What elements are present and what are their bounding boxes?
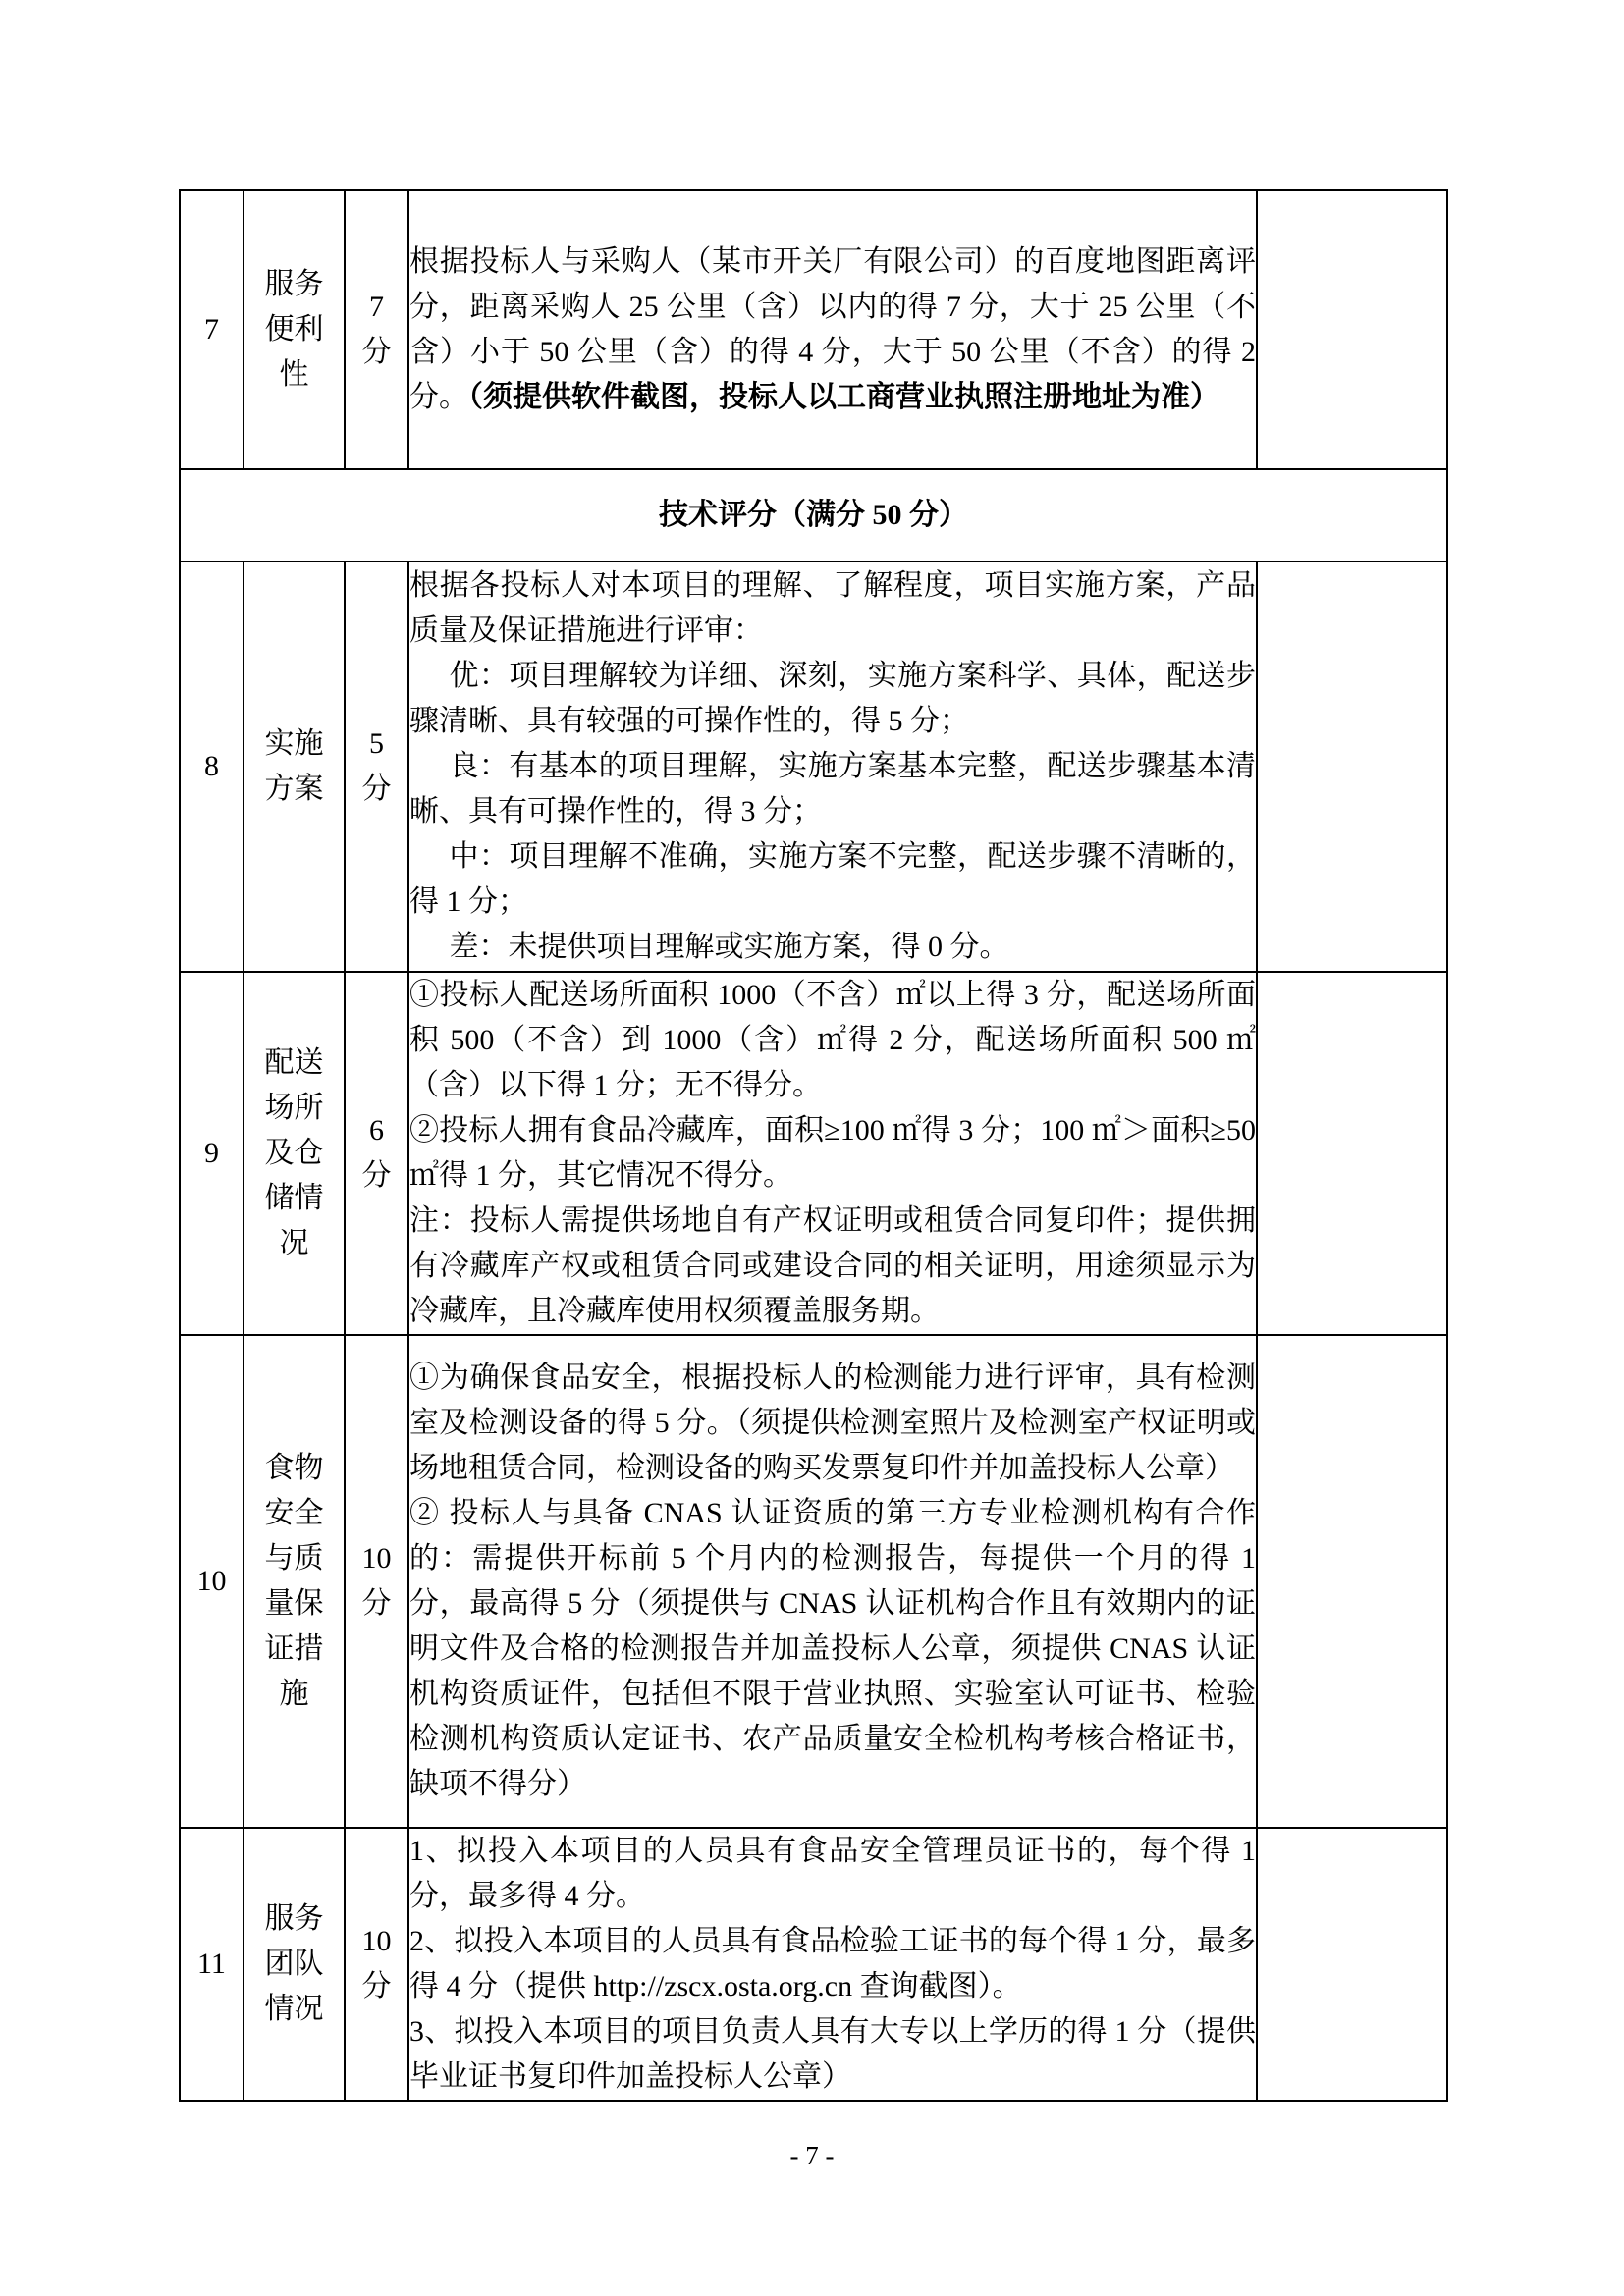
score-value: 6 [346,1108,407,1153]
row-number-cell: 7 [180,190,244,469]
item-name: 服务团队情况 [265,1896,324,2032]
criteria-paragraph: 优：项目理解较为详细、深刻，实施方案科学、具体，配送步骤清晰、具有较强的可操作性… [409,654,1256,744]
item-name: 食物安全与质量保证措施 [265,1446,324,1717]
criteria-paragraph: 差：未提供项目理解或实施方案，得 0 分。 [409,925,1256,970]
document-page: 7 服务便利性 7 分 根据投标人与采购人（某市开关厂有限公司）的百度地图距离评… [0,0,1624,2296]
table-row: 8 实施方案 5 分 根据各投标人对本项目的理解、了解程度，项目实施方案，产品质… [180,561,1447,972]
row-number: 11 [197,1948,226,1980]
row-number: 7 [204,313,219,346]
item-name-cell: 实施方案 [244,561,345,972]
criteria-paragraph: 根据各投标人对本项目的理解、了解程度，项目实施方案，产品质量及保证措施进行评审： [409,563,1256,654]
criteria-cell: 1、拟投入本项目的人员具有食品安全管理员证书的，每个得 1 分，最多得 4 分。… [408,1828,1257,2101]
criteria-paragraph: ①投标人配送场所面积 1000（不含）㎡以上得 3 分，配送场所面积 500（不… [409,973,1256,1108]
score-cell: 6 分 [345,972,408,1335]
score-entry-cell [1257,561,1447,972]
score-cell: 7 分 [345,190,408,469]
item-name-cell: 服务团队情况 [244,1828,345,2101]
row-number-cell: 9 [180,972,244,1335]
score-entry-cell [1257,972,1447,1335]
criteria-paragraph: 注：投标人需提供场地自有产权证明或租赁合同复印件；提供拥有冷藏库产权或租赁合同或… [409,1199,1256,1334]
row-number-cell: 8 [180,561,244,972]
criteria-paragraph: 2、拟投入本项目的人员具有食品检验工证书的每个得 1 分，最多得 4 分（提供 … [409,1919,1256,2009]
score-entry-cell [1257,1335,1447,1828]
item-name-cell: 配送场所及仓储情况 [244,972,345,1335]
score-value: 7 [346,285,407,330]
criteria-paragraph: ①为确保食品安全，根据投标人的检测能力进行评审，具有检测室及检测设备的得 5 分… [409,1356,1256,1491]
criteria-paragraph: ②投标人拥有食品冷藏库，面积≥100 ㎡得 3 分；100 ㎡＞面积≥50 ㎡得… [409,1108,1256,1199]
row-number: 10 [197,1565,227,1597]
score-cell: 10 分 [345,1828,408,2101]
row-number: 9 [204,1137,219,1169]
score-unit: 分 [346,1964,407,2009]
row-number-cell: 10 [180,1335,244,1828]
score-unit: 分 [346,1153,407,1199]
score-entry-cell [1257,190,1447,469]
criteria-cell: 根据投标人与采购人（某市开关厂有限公司）的百度地图距离评分，距离采购人 25 公… [408,190,1257,469]
section-header-row: 技术评分（满分 50 分） [180,469,1447,561]
score-cell: 10 分 [345,1335,408,1828]
score-unit: 分 [346,330,407,375]
criteria-paragraph: 3、拟投入本项目的项目负责人具有大专以上学历的得 1 分（提供毕业证书复印件加盖… [409,2009,1256,2100]
criteria-paragraph: 中：项目理解不准确，实施方案不完整，配送步骤不清晰的，得 1 分； [409,834,1256,925]
table-row: 11 服务团队情况 10 分 1、拟投入本项目的人员具有食品安全管理员证书的，每… [180,1828,1447,2101]
item-name: 配送场所及仓储情况 [265,1041,324,1266]
item-name: 实施方案 [265,721,324,812]
score-unit: 分 [346,1581,407,1627]
item-name-cell: 服务便利性 [244,190,345,469]
table-row: 7 服务便利性 7 分 根据投标人与采购人（某市开关厂有限公司）的百度地图距离评… [180,190,1447,469]
page-number: - 7 - [0,2140,1624,2171]
criteria-cell: ①投标人配送场所面积 1000（不含）㎡以上得 3 分，配送场所面积 500（不… [408,972,1257,1335]
table-row: 10 食物安全与质量保证措施 10 分 ①为确保食品安全，根据投标人的检测能力进… [180,1335,1447,1828]
section-header: 技术评分（满分 50 分） [180,469,1447,561]
score-cell: 5 分 [345,561,408,972]
table-row: 9 配送场所及仓储情况 6 分 ①投标人配送场所面积 1000（不含）㎡以上得 … [180,972,1447,1335]
score-unit: 分 [346,767,407,812]
row-number-cell: 11 [180,1828,244,2101]
criteria-paragraph: 1、拟投入本项目的人员具有食品安全管理员证书的，每个得 1 分，最多得 4 分。 [409,1829,1256,1919]
score-value: 5 [346,721,407,767]
row-number: 8 [204,750,219,782]
criteria-cell: 根据各投标人对本项目的理解、了解程度，项目实施方案，产品质量及保证措施进行评审：… [408,561,1257,972]
criteria-paragraph: 根据投标人与采购人（某市开关厂有限公司）的百度地图距离评分，距离采购人 25 公… [409,240,1256,420]
item-name: 服务便利性 [265,262,324,398]
evaluation-table: 7 服务便利性 7 分 根据投标人与采购人（某市开关厂有限公司）的百度地图距离评… [179,189,1448,2102]
criteria-bold-note: （须提供软件截图，投标人以工商营业执照注册地址为准） [468,381,1219,413]
item-name-cell: 食物安全与质量保证措施 [244,1335,345,1828]
score-entry-cell [1257,1828,1447,2101]
score-value: 10 [346,1919,407,1964]
criteria-paragraph: ② 投标人与具备 CNAS 认证资质的第三方专业检测机构有合作的：需提供开标前 … [409,1491,1256,1807]
score-value: 10 [346,1536,407,1581]
criteria-paragraph: 良：有基本的项目理解，实施方案基本完整，配送步骤基本清晰、具有可操作性的，得 3… [409,744,1256,834]
criteria-cell: ①为确保食品安全，根据投标人的检测能力进行评审，具有检测室及检测设备的得 5 分… [408,1335,1257,1828]
